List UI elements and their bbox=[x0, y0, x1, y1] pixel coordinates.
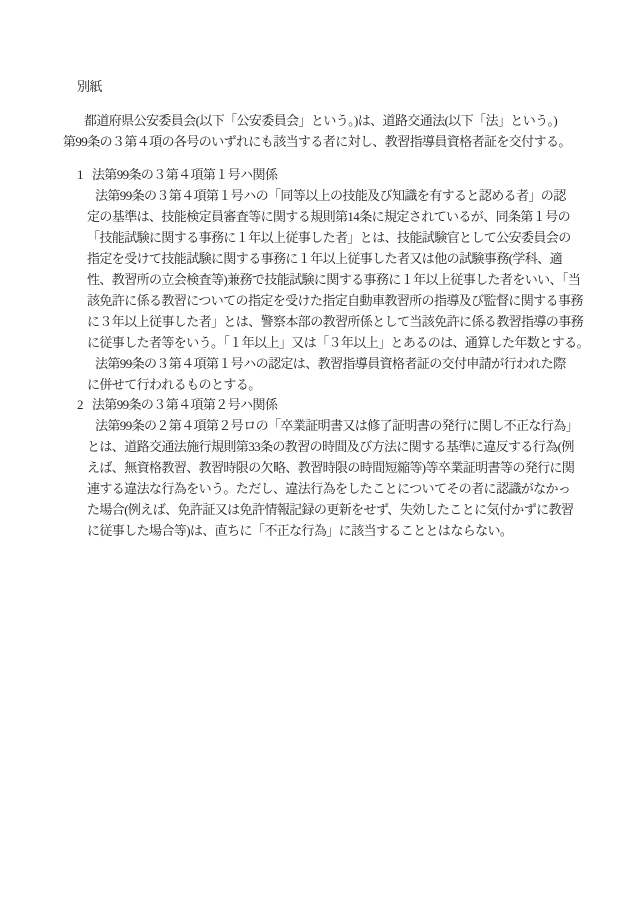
document-page: 別紙 都道府県公安委員会(以下「公安委員会」という。)は、道路交通法(以下「法」… bbox=[0, 0, 630, 903]
text-line: 法第99条の３第４項第１号ハの認定は、教習指導員資格者証の交付申請が行われた際 bbox=[87, 353, 630, 374]
section-1-number: 1 bbox=[77, 164, 83, 185]
text-line: に従事した者等をいう。「１年以上」又は「３年以上」とあるのは、通算した年数とする… bbox=[87, 332, 630, 353]
section-2-number: 2 bbox=[77, 394, 83, 415]
section-2-title: 法第99条の３第４項第２号ハ関係 bbox=[92, 397, 277, 412]
text-line: 都道府県公安委員会(以下「公安委員会」という。)は、道路交通法(以下「法」という… bbox=[63, 110, 630, 131]
section-2-heading: 2法第99条の３第４項第２号ハ関係 bbox=[0, 394, 630, 415]
section-1: 1法第99条の３第４項第１号ハ関係 法第99条の３第４項第１号ハの「同等以上の技… bbox=[0, 164, 630, 395]
text-line: 指定を受けて技能試験に関する事務に１年以上従事した者又は他の試験事務(学科、適 bbox=[87, 248, 630, 269]
section-2: 2法第99条の３第４項第２号ハ関係 法第99条の２第４項第２号ロの「卒業証明書又… bbox=[0, 394, 630, 541]
doc-attachment-label: 別紙 bbox=[0, 76, 630, 97]
text-line: とは、道路交通法施行規則第33条の教習の時間及び方法に関する基準に違反する行為(… bbox=[87, 436, 630, 457]
text-line: 該免許に係る教習についての指定を受けた指定自動車教習所の指導及び監督に関する事務 bbox=[87, 290, 630, 311]
section-1-paragraph-1: 法第99条の３第４項第１号ハの「同等以上の技能及び知識を有すると認める者」の認定… bbox=[0, 185, 630, 353]
section-2-paragraph-1: 法第99条の２第４項第２号ロの「卒業証明書又は修了証明書の発行に関し不正な行為」… bbox=[0, 415, 630, 541]
text-line: 第99条の３第４項の各号のいずれにも該当する者に対し、教習指導員資格者証を交付す… bbox=[63, 131, 630, 152]
intro-paragraph: 都道府県公安委員会(以下「公安委員会」という。)は、道路交通法(以下「法」という… bbox=[0, 110, 630, 152]
text-line: えば、無資格教習、教習時限の欠略、教習時限の時間短縮等)等卒業証明書等の発行に関 bbox=[87, 457, 630, 478]
text-line: に併せて行われるものとする。 bbox=[87, 374, 630, 395]
section-1-heading: 1法第99条の３第４項第１号ハ関係 bbox=[0, 164, 630, 185]
section-1-title: 法第99条の３第４項第１号ハ関係 bbox=[92, 167, 277, 182]
text-line: に従事した場合等)は、直ちに「不正な行為」に該当することとはならない。 bbox=[87, 520, 630, 541]
text-line: 定の基準は、技能検定員審査等に関する規則第14条に規定されているが、同条第１号の bbox=[87, 206, 630, 227]
text-line: 連する違法な行為をいう。ただし、違法行為をしたことについてその者に認識がなかっ bbox=[87, 478, 630, 499]
text-line: た場合(例えば、免許証又は免許情報記録の更新をせず、失効したことに気付かずに教習 bbox=[87, 499, 630, 520]
text-line: 性、教習所の立会検査等)兼務で技能試験に関する事務に１年以上従事した者をいい、「… bbox=[87, 269, 630, 290]
text-line: 法第99条の３第４項第１号ハの「同等以上の技能及び知識を有すると認める者」の認 bbox=[87, 185, 630, 206]
section-1-paragraph-2: 法第99条の３第４項第１号ハの認定は、教習指導員資格者証の交付申請が行われた際に… bbox=[0, 353, 630, 395]
text-line: 「技能試験に関する事務に１年以上従事した者」とは、技能試験官として公安委員会の bbox=[87, 227, 630, 248]
text-line: 法第99条の２第４項第２号ロの「卒業証明書又は修了証明書の発行に関し不正な行為」 bbox=[87, 415, 630, 436]
text-line: に３年以上従事した者」とは、警察本部の教習所係として当該免許に係る教習指導の事務 bbox=[87, 311, 630, 332]
